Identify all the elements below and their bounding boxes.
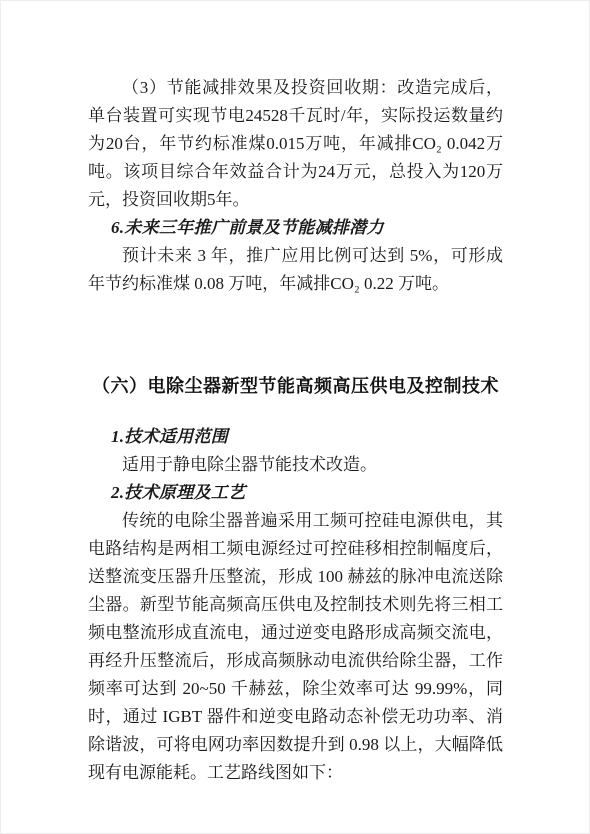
- document-page: （3）节能减排效果及投资回收期：改造完成后，单台装置可实现节电24528千瓦时/…: [0, 0, 590, 834]
- paragraph-future-promotion: 预计未来 3 年，推广应用比例可达到 5%，可形成年节约标准煤 0.08 万吨，…: [88, 242, 503, 298]
- paragraph-technology-principle: 传统的电除尘器普遍采用工频可控硅电源供电，其电路结构是两相工频电源经过可控硅移相…: [88, 507, 503, 787]
- section-title-electrostatic-precipitator: （六）电除尘器新型节能高频高压供电及控制技术: [88, 372, 503, 400]
- heading-technology-principle: 2.技术原理及工艺: [88, 479, 503, 507]
- heading-technology-scope: 1.技术适用范围: [88, 423, 503, 451]
- paragraph-benefit-payback: （3）节能减排效果及投资回收期：改造完成后，单台装置可实现节电24528千瓦时/…: [88, 74, 503, 214]
- heading-future-promotion: 6.未来三年推广前景及节能减排潜力: [88, 214, 503, 242]
- paragraph-technology-scope: 适用于静电除尘器节能技术改造。: [88, 451, 503, 479]
